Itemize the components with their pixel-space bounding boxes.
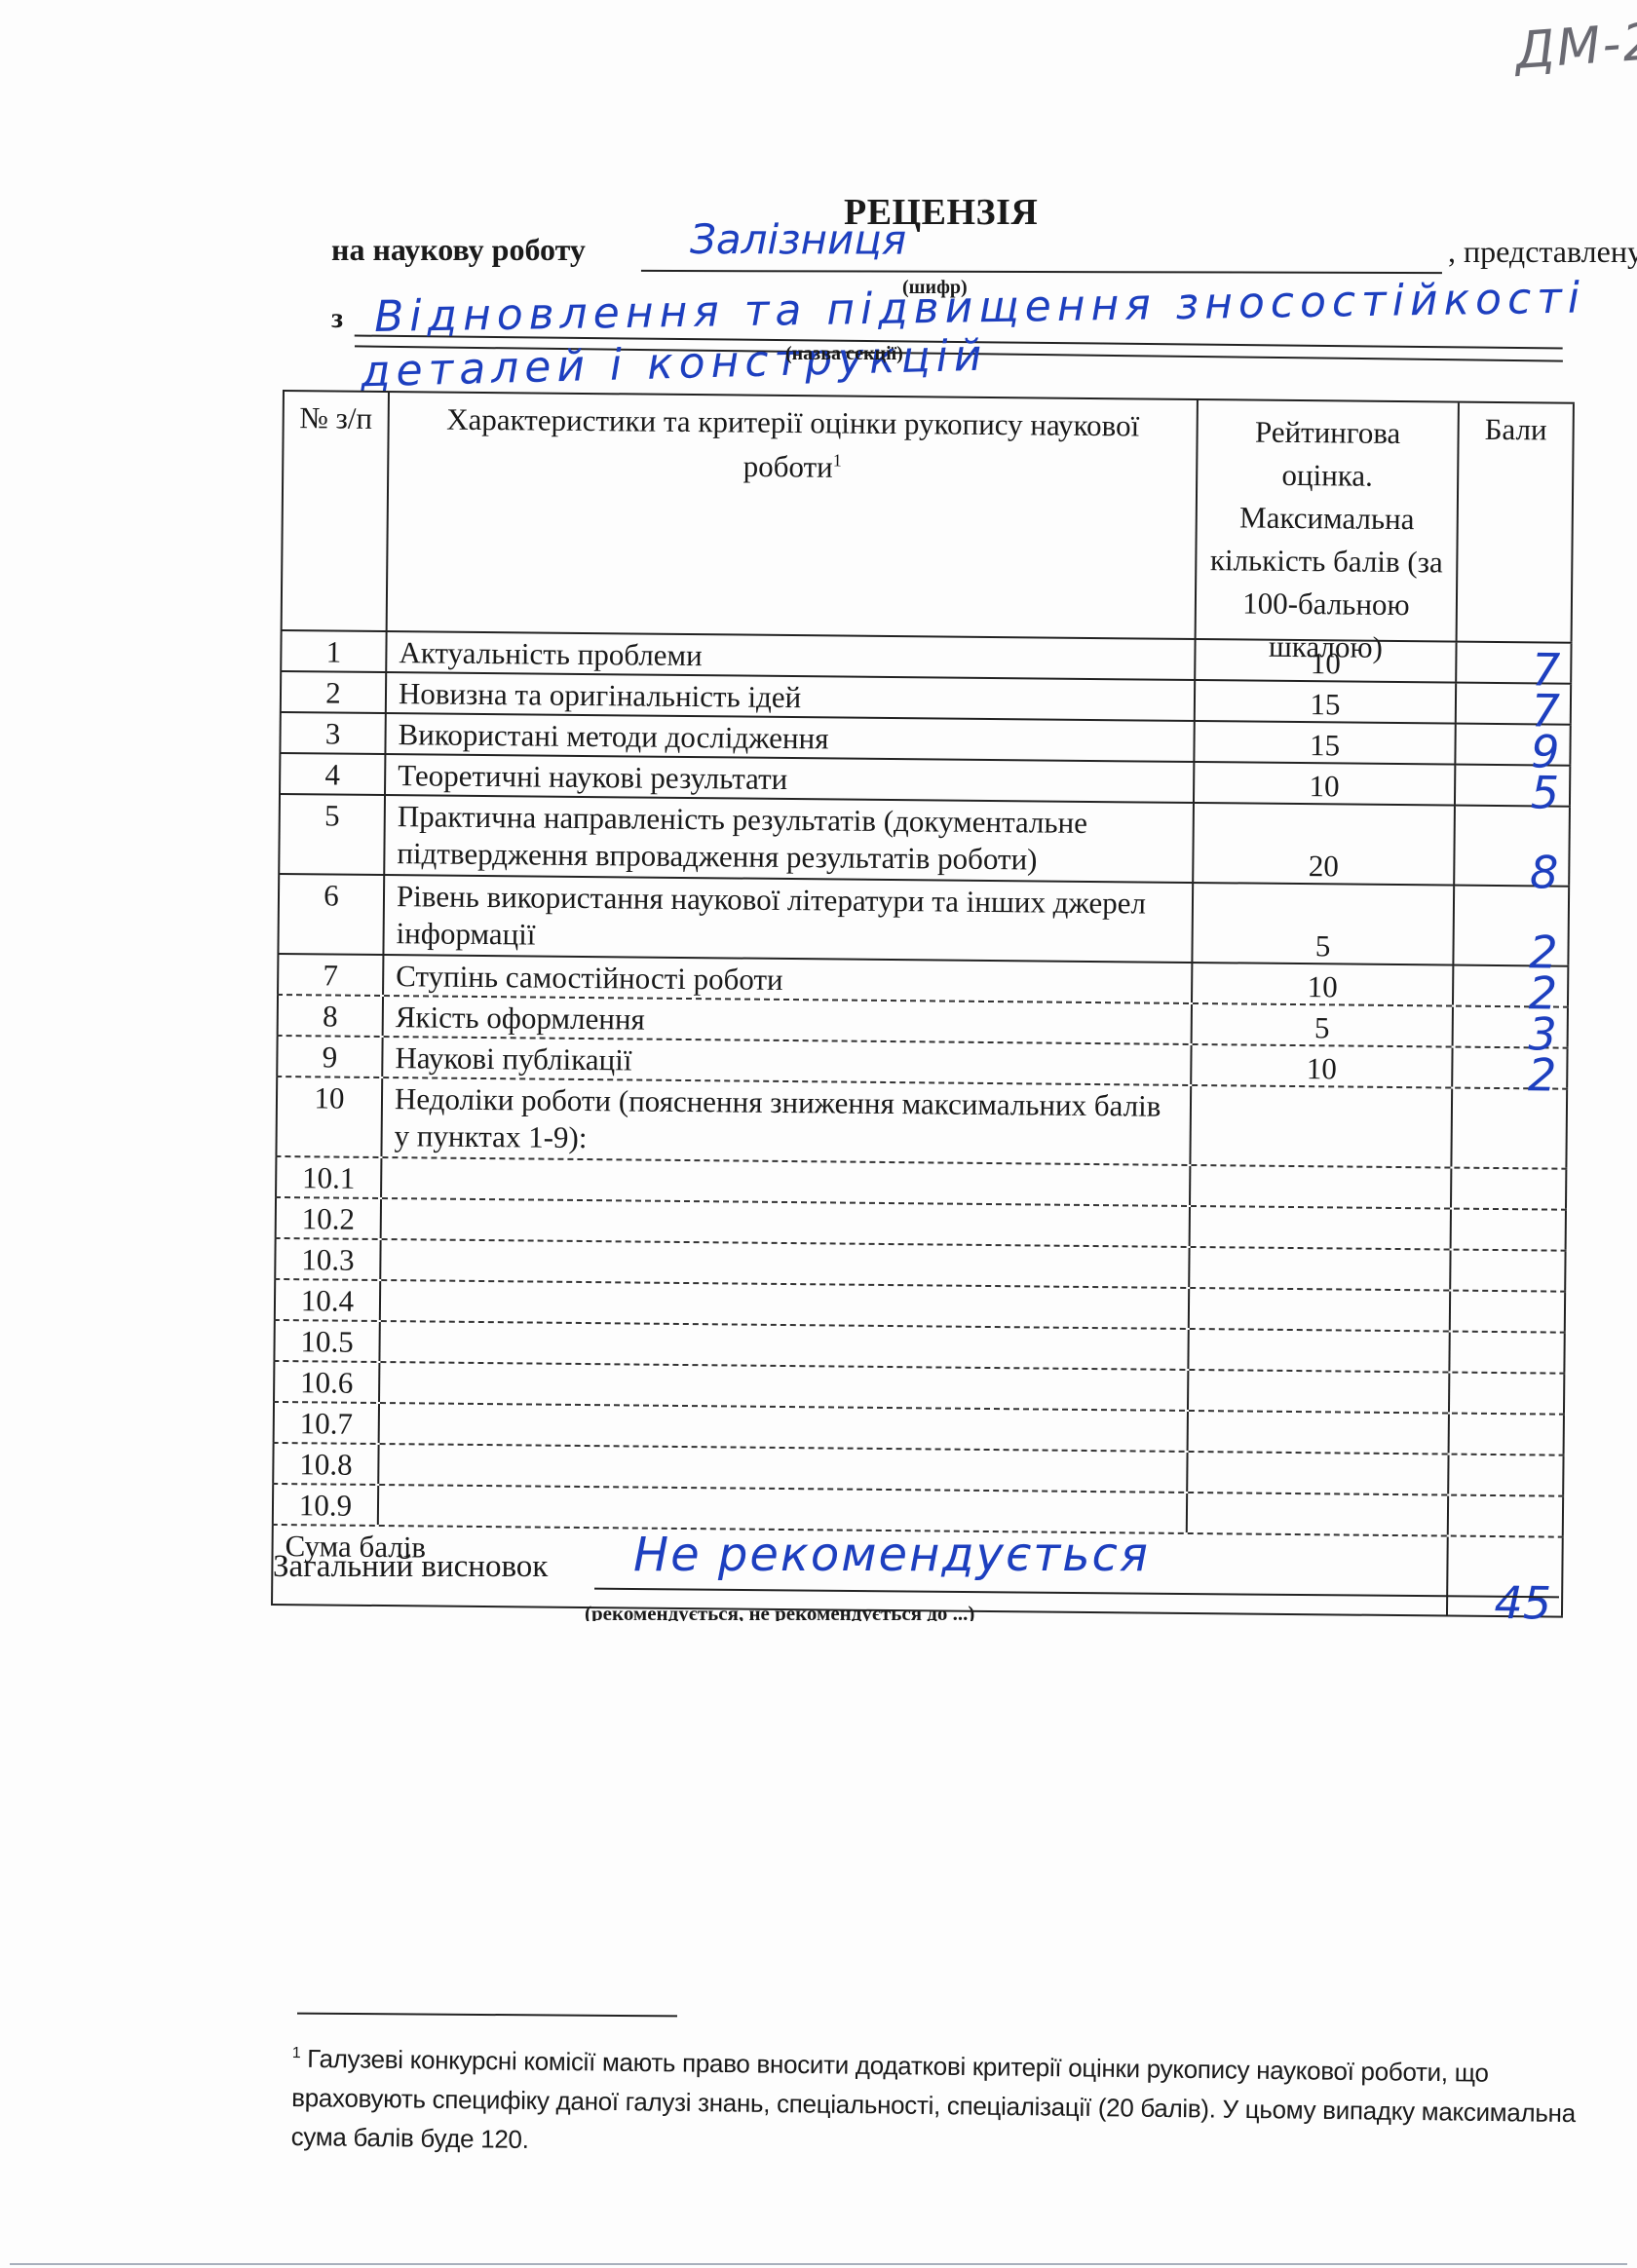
deficiency-field[interactable]	[378, 1322, 1187, 1369]
conclusion-label: Загальний висновок	[273, 1549, 548, 1585]
row-score-cell[interactable]	[1448, 1415, 1565, 1455]
row-score-cell[interactable]	[1447, 1496, 1564, 1536]
score-value: 2	[1529, 933, 1558, 970]
row-max-points: 15	[1193, 722, 1454, 764]
row-score-cell[interactable]: 5	[1454, 766, 1571, 806]
row-number: 10.7	[273, 1403, 378, 1443]
score-value: 3	[1528, 1015, 1557, 1052]
deficiency-field[interactable]	[378, 1363, 1187, 1410]
row-score-cell[interactable]	[1450, 1210, 1567, 1250]
row-number: 8	[277, 996, 382, 1036]
deficiency-field[interactable]	[379, 1240, 1188, 1287]
score-value: 8	[1530, 853, 1559, 890]
deficiency-field[interactable]	[379, 1281, 1188, 1328]
row-number: 7	[277, 955, 382, 995]
row-number: 3	[279, 713, 384, 753]
table-header-row: № з/п Характеристики та критерії оцінки …	[281, 390, 1575, 644]
row-number: 1	[280, 631, 385, 671]
section-prefix: з	[331, 302, 343, 335]
row-criteria: Новизна та оригінальність ідей	[385, 673, 1194, 720]
row-max-points	[1189, 1086, 1451, 1167]
max-points-value: 10	[1195, 767, 1454, 807]
row-score-cell[interactable]	[1448, 1374, 1565, 1414]
score-value: 5	[1531, 774, 1560, 811]
row-score-cell[interactable]: 8	[1453, 807, 1571, 886]
row-number: 4	[279, 754, 384, 794]
row-criteria: Використані методи дослідження	[384, 714, 1193, 761]
scan-bottom-edge	[10, 2263, 1627, 2265]
conclusion-value: Не рекомендується	[633, 1528, 1150, 1582]
evaluation-table: № з/п Характеристики та критерії оцінки …	[271, 390, 1575, 1618]
row-max-points	[1189, 1207, 1450, 1249]
max-points-value: 15	[1195, 726, 1454, 766]
row-score-cell[interactable]	[1450, 1169, 1567, 1209]
row-max-points: 20	[1192, 804, 1454, 885]
max-points-value: 15	[1196, 685, 1455, 725]
max-points-value: 5	[1193, 926, 1452, 966]
row-score-cell[interactable]: 9	[1454, 725, 1571, 765]
row-score-cell[interactable]	[1450, 1089, 1568, 1168]
footnote-ref: 1	[833, 450, 842, 470]
table-row: 10Недоліки роботи (пояснення зниження ма…	[275, 1077, 1568, 1170]
score-value: 7	[1532, 651, 1561, 688]
row-score-cell[interactable]: 7	[1455, 643, 1572, 683]
row-score-cell[interactable]	[1449, 1251, 1566, 1291]
table-row: 5Практична направленість результатів (до…	[278, 795, 1571, 888]
row-max-points: 5	[1191, 884, 1453, 964]
conclusion-field[interactable]	[594, 1588, 1559, 1599]
row-number: 10.6	[273, 1362, 378, 1402]
row-max-points	[1186, 1453, 1447, 1494]
row-score-cell[interactable]: 2	[1452, 887, 1570, 965]
deficiency-field[interactable]	[377, 1445, 1186, 1492]
footnote: 1 Галузеві конкурсні комісії мають право…	[290, 2034, 1587, 2172]
row-criteria: Наукові публікації	[381, 1038, 1190, 1084]
row-score-cell[interactable]: 2	[1451, 1048, 1568, 1088]
header-max: Рейтингова оцінка. Максимальна кількість…	[1195, 400, 1458, 641]
row-score-cell[interactable]: 7	[1455, 684, 1572, 724]
row-max-points: 10	[1194, 640, 1455, 682]
review-form-page: ДМ-2 РЕЦЕНЗІЯ на наукову роботу Залізниц…	[0, 0, 1637, 2268]
deficiency-field[interactable]	[380, 1158, 1189, 1205]
header-score: Бали	[1456, 403, 1575, 642]
footnote-divider	[297, 2013, 677, 2018]
score-value: 2	[1529, 974, 1558, 1011]
cipher-field[interactable]: Залізниця	[641, 227, 1442, 274]
row-number: 10.5	[273, 1321, 378, 1361]
table-row: 6Рівень використання наукової літератури…	[277, 875, 1570, 967]
row-number: 10.9	[272, 1485, 377, 1525]
row-score-cell[interactable]: 3	[1452, 1007, 1569, 1047]
row-number: 10.8	[272, 1444, 377, 1484]
conclusion-line: Загальний висновок Не рекомендується (ре…	[273, 1549, 1569, 1627]
row-number: 6	[277, 875, 383, 954]
row-criteria: Теоретичні наукові результати	[384, 755, 1193, 802]
work-cipher-line: на наукову роботу Залізниця , представле…	[331, 228, 1549, 277]
row-max-points: 15	[1194, 681, 1455, 723]
deficiency-field[interactable]	[377, 1486, 1186, 1532]
row-number: 10.2	[275, 1198, 380, 1238]
row-score-cell[interactable]	[1449, 1292, 1566, 1332]
work-label-tail: , представлену на Конкурс	[1448, 234, 1637, 270]
footnote-number: 1	[292, 2045, 301, 2061]
deficiency-field[interactable]	[378, 1404, 1187, 1451]
row-number: 5	[278, 795, 384, 874]
max-points-value: 10	[1196, 644, 1455, 684]
max-points-value: 10	[1193, 967, 1452, 1007]
row-criteria: Ступінь самостійності роботи	[382, 956, 1191, 1002]
row-max-points	[1187, 1371, 1448, 1413]
score-value: 9	[1531, 733, 1560, 770]
row-criteria: Рівень використання наукової літератури …	[382, 876, 1192, 962]
row-max-points: 10	[1193, 763, 1454, 805]
section-line-2: деталей і конструкцій	[331, 343, 1569, 382]
row-number: 10	[275, 1077, 381, 1156]
cipher-value: Залізниця	[690, 215, 906, 264]
row-number: 9	[276, 1037, 381, 1077]
max-points-value: 5	[1193, 1008, 1452, 1048]
row-max-points	[1186, 1493, 1447, 1535]
row-criteria: Актуальність проблеми	[385, 632, 1194, 679]
row-criteria: Практична направленість результатів (док…	[383, 796, 1193, 882]
section-caption: (назва секції)	[785, 343, 903, 365]
row-criteria: Недоліки роботи (пояснення зниження макс…	[380, 1078, 1190, 1164]
conclusion-caption: (рекомендується, не рекомендується до ..…	[585, 1602, 974, 1621]
row-score-cell[interactable]: 2	[1452, 966, 1569, 1006]
row-score-cell[interactable]	[1447, 1455, 1564, 1495]
row-max-points	[1187, 1412, 1448, 1454]
row-max-points	[1188, 1248, 1449, 1290]
row-max-points: 10	[1191, 964, 1452, 1005]
max-points-value: 10	[1192, 1049, 1451, 1089]
row-score-cell[interactable]	[1448, 1333, 1565, 1373]
row-max-points: 10	[1190, 1045, 1451, 1087]
row-max-points	[1187, 1330, 1448, 1372]
deficiency-field[interactable]	[380, 1199, 1189, 1246]
header-criteria: Характеристики та критерії оцінки рукопи…	[386, 393, 1197, 638]
row-criteria: Якість оформлення	[382, 997, 1191, 1043]
pencil-corner-mark: ДМ-2	[1513, 13, 1637, 81]
row-max-points	[1188, 1289, 1449, 1331]
row-number: 10.4	[274, 1280, 379, 1320]
score-value: 2	[1528, 1056, 1557, 1093]
row-max-points: 5	[1191, 1004, 1452, 1046]
row-number: 2	[280, 672, 385, 712]
row-max-points	[1189, 1166, 1450, 1208]
score-value: 7	[1531, 692, 1560, 729]
footnote-text: Галузеві конкурсні комісії мають право в…	[291, 2044, 1577, 2154]
max-points-value: 20	[1194, 847, 1453, 887]
header-num: № з/п	[281, 392, 388, 630]
row-number: 10.3	[274, 1239, 379, 1279]
work-label: на наукову роботу	[331, 232, 586, 268]
row-number: 10.1	[275, 1157, 380, 1197]
table-body: 1Актуальність проблеми1072Новизна та ори…	[272, 631, 1573, 1538]
